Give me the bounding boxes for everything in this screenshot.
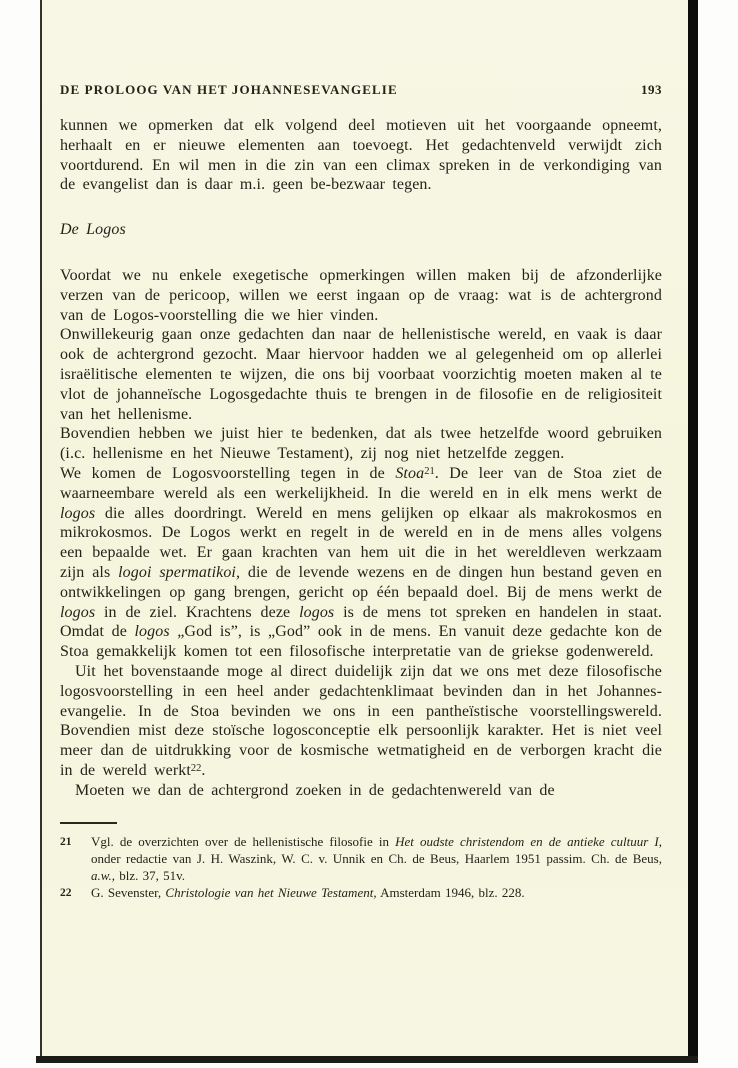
footnote-number: 22 xyxy=(60,885,72,902)
paragraph: Uit het bovenstaande moge al direct duid… xyxy=(60,662,662,781)
paragraph: Voordat we nu enkele exegetische opmerki… xyxy=(60,266,662,325)
footnote: 21Vgl. de overzichten over de hellenisti… xyxy=(60,833,662,884)
paragraph: Onwillekeurig gaan onze gedachten dan na… xyxy=(60,325,662,424)
section-heading: De Logos xyxy=(60,220,662,240)
paragraph: kunnen we opmerken dat elk volgend deel … xyxy=(60,116,662,195)
footnotes-section: 21Vgl. de overzichten over de hellenisti… xyxy=(60,822,662,901)
page-header: DE PROLOOG VAN HET JOHANNESEVANGELIE 193 xyxy=(60,82,662,98)
footnote-rule xyxy=(60,822,117,824)
page-content: DE PROLOOG VAN HET JOHANNESEVANGELIE 193… xyxy=(60,0,662,901)
paragraph: Bovendien hebben we juist hier te bedenk… xyxy=(60,424,662,464)
page-edge-line xyxy=(40,0,42,1058)
scan-bottom-edge-bar xyxy=(36,1056,698,1063)
paragraph: We komen de Logosvoorstelling tegen in d… xyxy=(60,464,662,662)
scan-right-edge-bar xyxy=(688,0,698,1062)
page-number: 193 xyxy=(641,82,662,98)
footnote: 22G. Sevenster, Christologie van het Nie… xyxy=(60,884,662,901)
running-title: DE PROLOOG VAN HET JOHANNESEVANGELIE xyxy=(60,82,398,98)
footnote-number: 21 xyxy=(60,834,72,851)
paragraph: Moeten we dan de achtergrond zoeken in d… xyxy=(60,781,662,801)
scanned-book-page: DE PROLOOG VAN HET JOHANNESEVANGELIE 193… xyxy=(0,0,738,1068)
footnote-list: 21Vgl. de overzichten over de hellenisti… xyxy=(60,833,662,901)
body-text-block: kunnen we opmerken dat elk volgend deel … xyxy=(60,116,662,801)
